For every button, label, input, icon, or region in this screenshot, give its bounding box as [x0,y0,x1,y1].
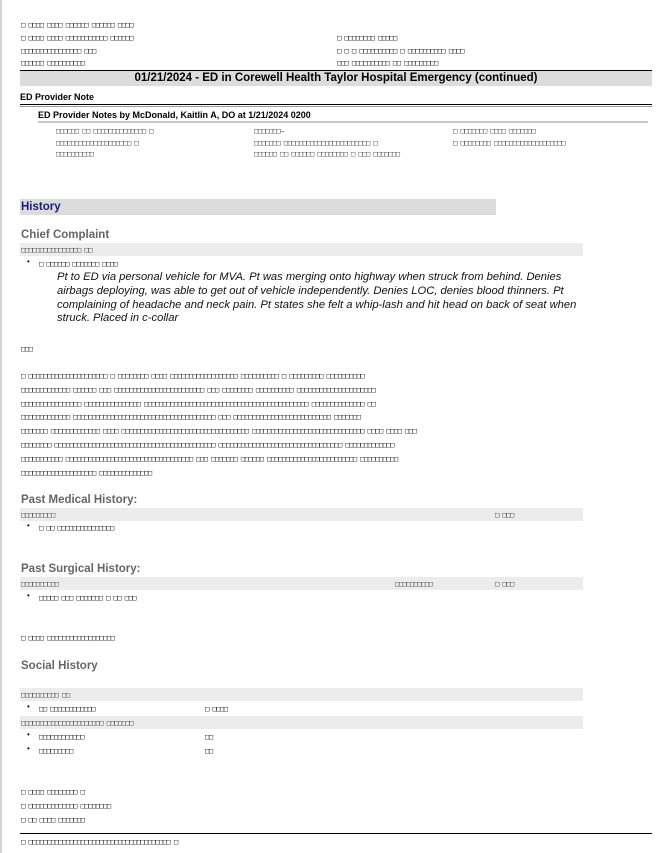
note-meta-1-3: □□□□□□□□□□ [56,148,93,159]
author-rule [38,121,648,123]
bullet-icon: • [27,702,30,711]
social-item-label: □□□□□□□□□ [39,745,73,756]
past-medical-col-diagnosis: □□□□□□□□□ [21,509,55,520]
social-group2-label: □□□□□□□□□□□□□□□□□□□□□□ □□□□□□□ [21,717,133,728]
hpi-line: □ □□□□□□□□□□□□□□□□□□□□□ □ □□□□□□□□ □□□□ … [21,370,661,384]
note-author-line: ED Provider Notes by McDonald, Kaitlin A… [38,110,311,120]
past-medical-heading: Past Medical History: [21,494,137,506]
bullet-icon: • [27,521,30,530]
social-item-label: □□ □□□□□□□□□□□□ [39,703,95,714]
header-right-line-2: □ □ □ □□□□□□□□□□ □ □□□□□□□□□□ □□□□ [337,45,464,56]
note-meta-2-3: □□□□□□ □□ □□□□□□ □□□□□□□□ □ □□□ □□□□□□□ [254,148,399,159]
note-meta-3-1: □ □□□□□□□ □□□□ □□□□□□□ [453,125,535,136]
hpi-line: □□□□□□□□□□□ □□□□□□□□□□□□□□□□□□□□□□□□□□□□… [21,453,661,467]
header-line-2: □ □□□□ □□□□ □□□□□□□□□□□ □□□□□□ [21,32,133,43]
hpi-line: □□□□□□□□□□□□□□□□ □□□□□□□□□□□□□□□ □□□□□□□… [21,398,661,412]
history-section-header: History [20,199,496,215]
note-title-rule-secondary [20,106,652,107]
header-right-line-3: □□□ □□□□□□□□□□ □□ □□□□□□□□□ [337,57,438,68]
bullet-icon: • [27,257,30,266]
bottom-line-2: □ □□□□□□□□□□□□□ □□□□□□□□ [21,800,110,811]
header-right-line-1: □ □□□□□□□□ □□□□□ [337,32,397,43]
note-meta-1-2: □□□□□□□□□□□□□□□□□□□□ □ [56,137,138,148]
encounter-title-bar: 01/21/2024 - ED in Corewell Health Taylo… [20,70,652,86]
chief-complaint-row-label: □□□□□□□□□□□□□□□□ □□ [21,244,92,255]
social-history-heading: Social History [21,660,98,672]
past-surgical-col-procedure: □□□□□□□□□□ [21,578,58,589]
social-item-label: □□□□□□□□□□□□ [39,731,84,742]
hpi-line: □□□□□□□□□□□□□ □□□□□□ □□□ □□□□□□□□□□□□□□□… [21,384,661,398]
social-item-value: □ □□□□ [205,703,227,714]
note-meta-3-2: □ □□□□□□□□ □□□□□□□□□□□□□□□□□□□ [453,137,565,148]
past-surgical-col-laterality: □□□□□□□□□□ [395,578,432,589]
past-surgical-heading: Past Surgical History: [21,563,141,575]
hpi-line: □□□□□□□□ □□□□□□□□□□□□□□□□□□□□□□□□□□□□□□□… [21,439,661,453]
social-item-value: □□ [205,745,212,756]
hpi-line: □□□□□□□ □□□□□□□□□□□□□ □□□□ □□□□□□□□□□□□□… [21,425,661,439]
past-surgical-item: □□□□□ □□□ □□□□□□□ □ □□ □□□ [39,592,136,603]
past-medical-item: □ □□ □□□□□□□□□□□□□□□ [39,522,114,533]
bullet-icon: • [27,744,30,753]
bullet-icon: • [27,730,30,739]
note-meta-2-2: □□□□□□□ □□□□□□□□□□□□□□□□□□□□□□□ □ [254,137,377,148]
social-group1-label: □□□□□□□□□□ □□ [21,689,69,700]
footer-text: □ □□□□□□□□□□□□□□□□□□□□□□□□□□□□□□□□□□□□□□… [21,836,178,847]
page-left-border [0,0,2,853]
past-surgical-col-date: □ □□□ [495,578,514,589]
hpi-line: □□□□□□□□□□□□□□□□□□□□ □□□□□□□□□□□□□□ [21,467,661,481]
note-title: ED Provider Note [20,92,94,102]
header-line-3: □□□□□□□□□□□□□□□□ □□□ [21,45,96,56]
footer-rule [20,833,652,834]
bottom-line-1: □ □□□□ □□□□□□□□ □ [21,786,84,797]
note-meta-1-1: □□□□□□ □□ □□□□□□□□□□□□□□ □ [56,125,153,136]
hpi-paragraph: □ □□□□□□□□□□□□□□□□□□□□□ □ □□□□□□□□ □□□□ … [21,370,661,480]
chief-complaint-narrative: Pt to ED via personal vehicle for MVA. P… [57,271,587,326]
note-title-rule [20,104,652,105]
note-meta-2-1: □□□□□□□– [254,125,284,136]
header-line-4: □□□□□□ □□□□□□□□□□ [21,57,84,68]
social-item-value: □□ [205,731,212,742]
hpi-label: □□□ [21,343,32,354]
chief-complaint-heading: Chief Complaint [21,229,109,241]
hpi-line: □□□□□□□□□□□□□ □□□□□□□□□□□□□□□□□□□□□□□□□□… [21,411,661,425]
chief-complaint-item: □ □□□□□□ □□□□□□□ □□□□ [39,258,117,269]
bottom-line-3: □ □□ □□□□ □□□□□□□ [21,814,84,825]
header-line-1: □ □□□□ □□□□ □□□□□□ □□□□□□ □□□□ [21,19,133,30]
bullet-icon: • [27,591,30,600]
social-group1-row [20,688,583,701]
family-history-line: □ □□□□ □□□□□□□□□□□□□□□□□□ [21,632,114,643]
past-medical-col-date: □ □□□ [495,509,514,520]
chief-complaint-header-row [20,243,583,256]
